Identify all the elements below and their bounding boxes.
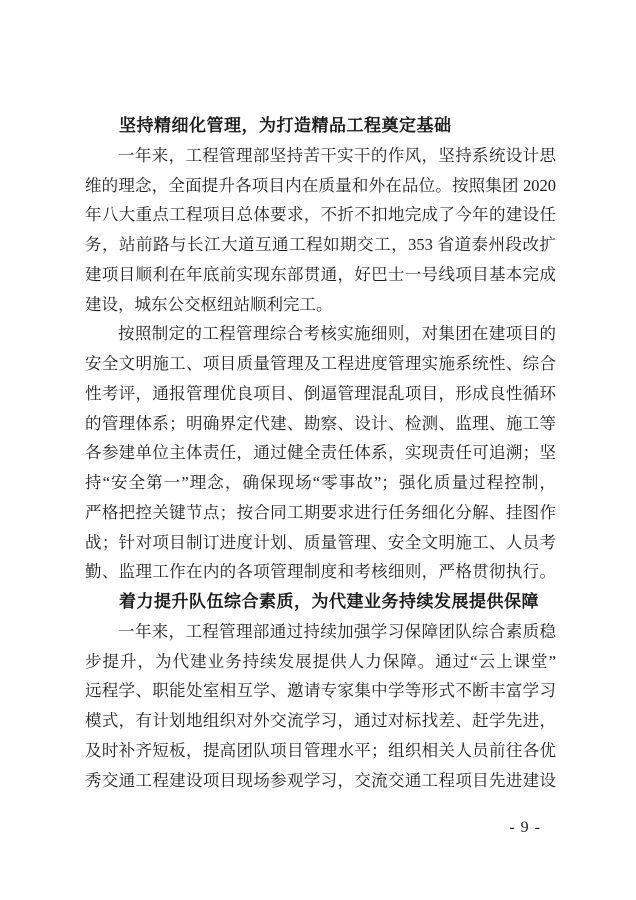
text-line: 秀交通工程建设项目现场参观学习，交流交通工程项目先进建设 (85, 766, 556, 796)
text-line: 模式，有计划地组织对外交流学习，通过对标找差、赶学先进， (85, 706, 556, 736)
text-line: 严格把控关键节点；按合同工期要求进行任务细化分解、挂图作 (85, 498, 556, 528)
text-line: 安全文明施工、项目质量管理及工程进度管理实施系统性、综合 (85, 349, 556, 379)
text-line: 各参建单位主体责任，通过健全责任体系，实现责任可追溯；坚 (85, 438, 556, 468)
text-line: 按照制定的工程管理综合考核实施细则，对集团在建项目的 (85, 319, 556, 349)
paragraph-3: 一年来，工程管理部通过持续加强学习保障团队综合素质稳 步提升，为代建业务持续发展… (85, 617, 556, 796)
text-line: 勤、监理工作在内的各项管理制度和考核细则，严格贯彻执行。 (85, 557, 556, 587)
text-line: 一年来，工程管理部坚持苦干实干的作风，坚持系统设计思 (85, 141, 556, 171)
text-line: 建项目顺利在年底前实现东部贯通，好巴士一号线项目基本完成 (85, 260, 556, 290)
text-line: 建设，城东公交枢纽站顺利完工。 (85, 290, 556, 320)
text-line: 战；针对项目制订进度计划、质量管理、安全文明施工、人员考 (85, 528, 556, 558)
text-line: 远程学、职能处室相互学、邀请专家集中学等形式不断丰富学习 (85, 676, 556, 706)
text-line: 及时补齐短板，提高团队项目管理水平；组织相关人员前往各优 (85, 736, 556, 766)
text-line: 年八大重点工程项目总体要求，不折不扣地完成了今年的建设任 (85, 200, 556, 230)
text-line: 务，站前路与长江大道互通工程如期交工，353 省道泰州段改扩 (85, 230, 556, 260)
text-line: 步提升，为代建业务持续发展提供人力保障。通过“云上课堂” (85, 647, 556, 677)
text-line: 一年来，工程管理部通过持续加强学习保障团队综合素质稳 (85, 617, 556, 647)
text-line: 维的理念，全面提升各项目内在质量和外在品位。按照集团 2020 (85, 171, 556, 201)
text-line: 持“安全第一”理念，确保现场“零事故”；强化质量过程控制， (85, 468, 556, 498)
paragraph-2: 按照制定的工程管理综合考核实施细则，对集团在建项目的 安全文明施工、项目质量管理… (85, 319, 556, 587)
text-line: 性考评，通报管理优良项目、倒逼管理混乱项目，形成良性循环 (85, 379, 556, 409)
text-line: 的管理体系；明确界定代建、勘察、设计、检测、监理、施工等 (85, 409, 556, 439)
document-text-block: 坚持精细化管理，为打造精品工程奠定基础 一年来，工程管理部坚持苦干实干的作风，坚… (85, 111, 556, 795)
section-heading-1: 坚持精细化管理，为打造精品工程奠定基础 (85, 111, 556, 141)
page-number: - 9 - (509, 818, 541, 838)
section-heading-2: 着力提升队伍综合素质，为代建业务持续发展提供保障 (85, 587, 556, 617)
paragraph-1: 一年来，工程管理部坚持苦干实干的作风，坚持系统设计思 维的理念，全面提升各项目内… (85, 141, 556, 320)
document-page: 坚持精细化管理，为打造精品工程奠定基础 一年来，工程管理部坚持苦干实干的作风，坚… (0, 0, 636, 900)
